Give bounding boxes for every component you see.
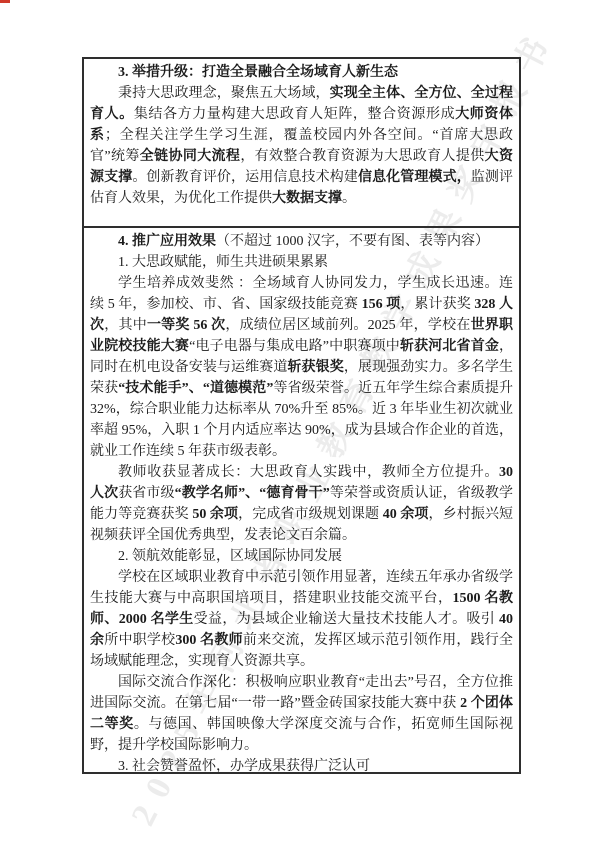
section4-cell: 4. 推广应用效果（不超过 1000 汉字，不要有图、表等内容） 1. 大思政赋… bbox=[84, 228, 519, 772]
section4-paragraph-international: 国际交流合作深化：积极响应职业教育“走出去”号召，全方位推进国际交流。在第七届“… bbox=[90, 672, 513, 756]
section3-heading: 3. 举措升级：打造全景融合全场域育人新生态 bbox=[90, 62, 513, 83]
application-form-table: 3. 举措升级：打造全景融合全场域育人新生态 秉持大思政理念，聚焦五大场域，实现… bbox=[82, 57, 521, 774]
section4-subheading-2: 2. 领航效能彰显，区域国际协同发展 bbox=[90, 546, 513, 567]
document-page: 2025年河北省职业教育教学成果奖申报书 3. 举措升级：打造全景融合全场域育人… bbox=[0, 0, 600, 848]
section4-paragraph-teachers: 教师收获显著成长：大思政育人实践中，教师全方位提升。30 人次获省市级“教学名师… bbox=[90, 462, 513, 546]
section3-cell: 3. 举措升级：打造全景融合全场域育人新生态 秉持大思政理念，聚焦五大场域，实现… bbox=[84, 59, 519, 228]
section4-subheading-1: 1. 大思政赋能，师生共进硕果累累 bbox=[90, 252, 513, 273]
section4-paragraph-regional: 学校在区域职业教育中示范引领作用显著，连续五年承办省级学生技能大赛与中高职国培项… bbox=[90, 567, 513, 672]
section4-paragraph-students: 学生培养成效斐然 ：全场域育人协同发力，学生成长迅速。连续 5 年，参加校、市、… bbox=[90, 273, 513, 462]
section4-heading: 4. 推广应用效果（不超过 1000 汉字，不要有图、表等内容） bbox=[90, 231, 513, 252]
red-corner-mark bbox=[0, 0, 10, 3]
section4-subheading-3: 3. 社会赞誉盈怀，办学成果获得广泛认可 bbox=[90, 756, 513, 772]
section3-paragraph: 秉持大思政理念，聚焦五大场域，实现全主体、全方位、全过程育人。集结各方力量构建大… bbox=[90, 83, 513, 209]
